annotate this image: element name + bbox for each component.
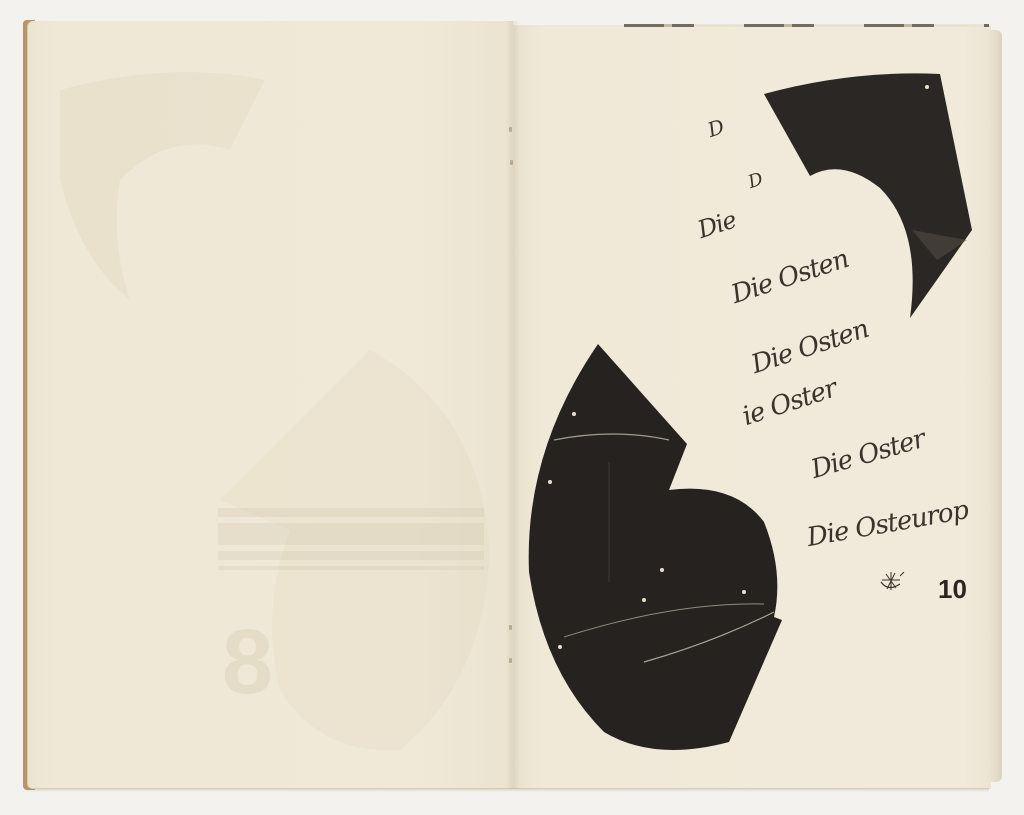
- staple-hole: [509, 127, 512, 132]
- star-mark-icon: [878, 570, 906, 594]
- bottom-edge-shadow: [27, 788, 989, 792]
- page-number: 10: [938, 574, 967, 605]
- page-stack-edge: [988, 30, 1002, 782]
- staple-hole: [510, 160, 513, 165]
- show-through-text-block: [218, 508, 484, 608]
- show-through-shape-top: [50, 60, 410, 320]
- staple-hole: [509, 625, 512, 630]
- top-edge-print-strip: [624, 24, 989, 27]
- staple-hole: [509, 658, 512, 663]
- show-through-page-number: 8: [222, 610, 273, 715]
- open-booklet: 8 D D Die Die Osten Die Osten ie Oster D…: [0, 0, 1024, 815]
- binding-gutter: [506, 21, 520, 789]
